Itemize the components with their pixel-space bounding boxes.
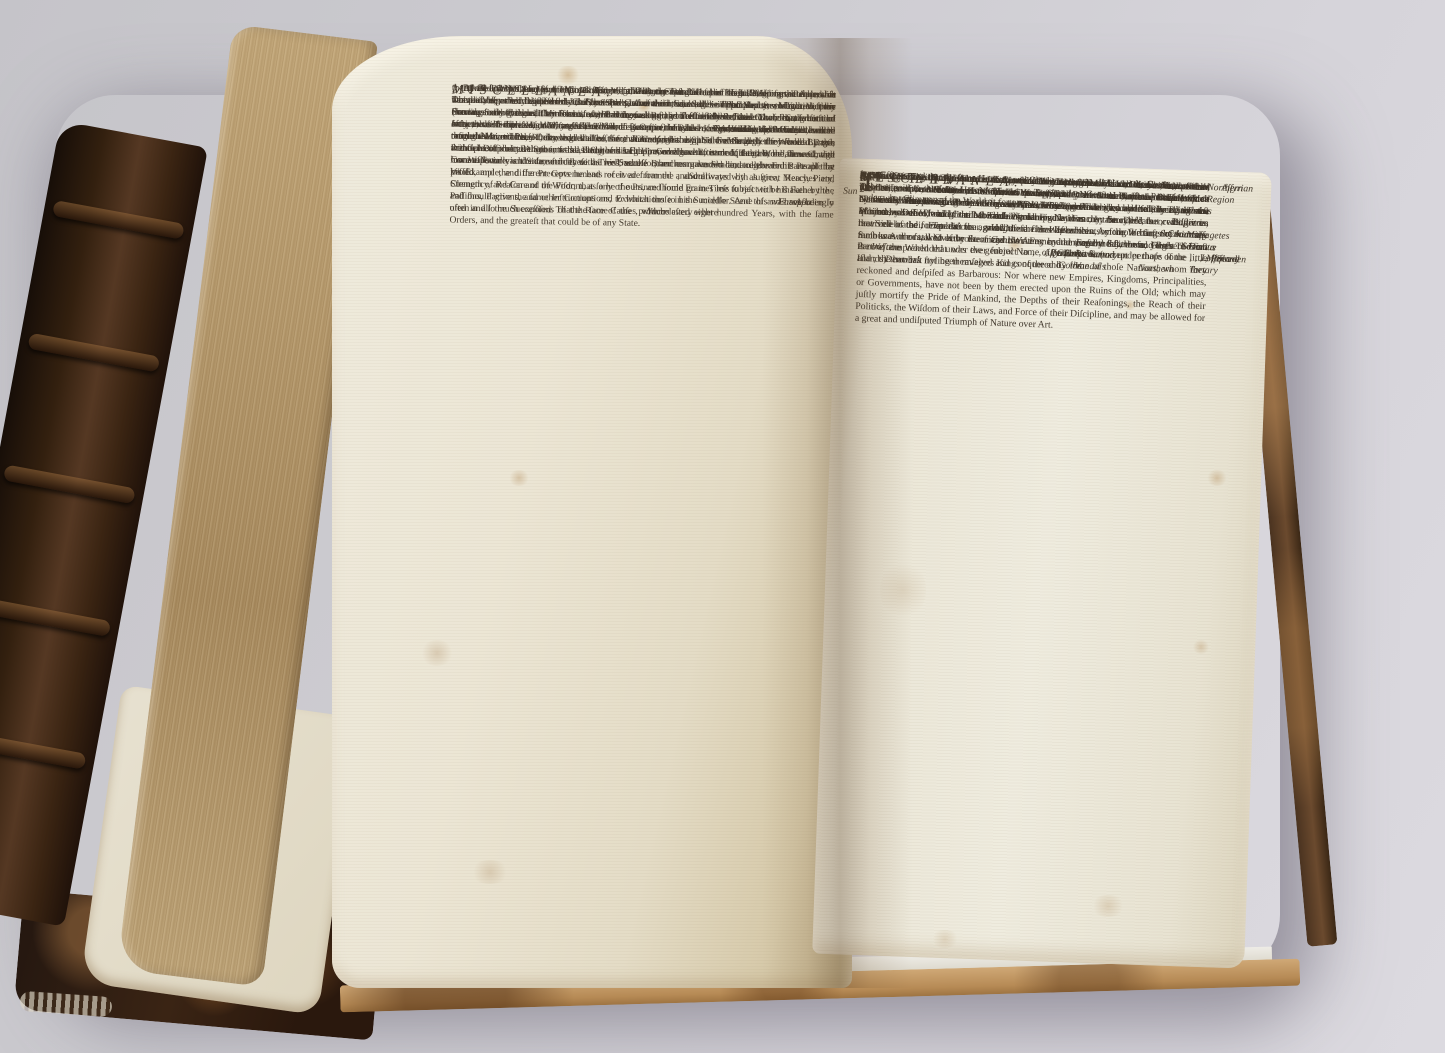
spine-raised-band [52,200,185,240]
spine-raised-band [0,730,87,770]
spine-raised-band [0,597,111,637]
catchword: that [860,172,875,184]
photo-of-open-antique-book: 210 MISCELLANEA. 210 them, and then Defe… [0,0,1445,1053]
paragraph: I ſhall end this Survey of their Governm… [450,82,836,221]
spine-raised-band [27,333,160,373]
spine-raised-band [3,465,136,505]
